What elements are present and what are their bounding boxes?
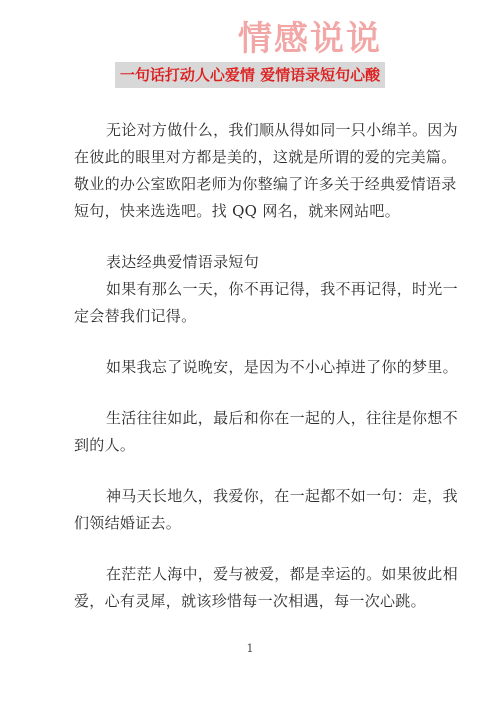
text-line: 生活往往如此，最后和你在一起的人，往往是你想不 [74,405,444,432]
body-paragraph: 无论对方做什么，我们顺从得如同一只小绵羊。因为在彼此的眼里对方都是美的，这就是所… [74,117,444,225]
text-line: 到的人。 [74,432,444,459]
body-paragraph: 如果我忘了说晚安，是因为不小心掉进了你的梦里。 [74,354,444,381]
title-row: 一句话打动人心爱情 爱情语录短句心酸 [0,62,500,88]
text-line: 如果我忘了说晚安，是因为不小心掉进了你的梦里。 [74,354,444,381]
document-title: 一句话打动人心爱情 爱情语录短句心酸 [115,62,385,88]
body-paragraph: 在茫茫人海中，爱与被爱，都是幸运的。如果彼此相爱，心有灵犀，就该珍惜每一次相遇，… [74,561,444,615]
text-line: 表达经典爱情语录短句 [74,249,444,276]
document-page: 情感说说 一句话打动人心爱情 爱情语录短句心酸 无论对方做什么，我们顺从得如同一… [0,0,500,708]
body-paragraphs: 无论对方做什么，我们顺从得如同一只小绵羊。因为在彼此的眼里对方都是美的，这就是所… [74,117,444,615]
body-paragraph: 如果有那么一天，你不再记得，我不再记得，时光一定会替我们记得。 [74,276,444,330]
body-paragraph: 神马天长地久，我爱你，在一起都不如一句：走，我们领结婚证去。 [74,483,444,537]
text-line: 在茫茫人海中，爱与被爱，都是幸运的。如果彼此相 [74,561,444,588]
text-line: 无论对方做什么，我们顺从得如同一只小绵羊。因为 [74,117,444,144]
text-line: 定会替我们记得。 [74,303,444,330]
body-paragraph: 生活往往如此，最后和你在一起的人，往往是你想不到的人。 [74,405,444,459]
text-line: 神马天长地久，我爱你，在一起都不如一句：走，我 [74,483,444,510]
text-line: 在彼此的眼里对方都是美的，这就是所谓的爱的完美篇。 [74,144,444,171]
watermark-logo: 情感说说 [238,20,382,58]
text-line: 如果有那么一天，你不再记得，我不再记得，时光一 [74,276,444,303]
text-line: 短句，快来选选吧。找 QQ 网名，就来网站吧。 [74,198,444,225]
text-line: 们领结婚证去。 [74,510,444,537]
text-line: 敬业的办公室欧阳老师为你整编了许多关于经典爱情语录 [74,171,444,198]
page-number: 1 [0,642,500,655]
section-heading: 表达经典爱情语录短句 [74,249,444,276]
text-line: 爱，心有灵犀，就该珍惜每一次相遇，每一次心跳。 [74,588,444,615]
